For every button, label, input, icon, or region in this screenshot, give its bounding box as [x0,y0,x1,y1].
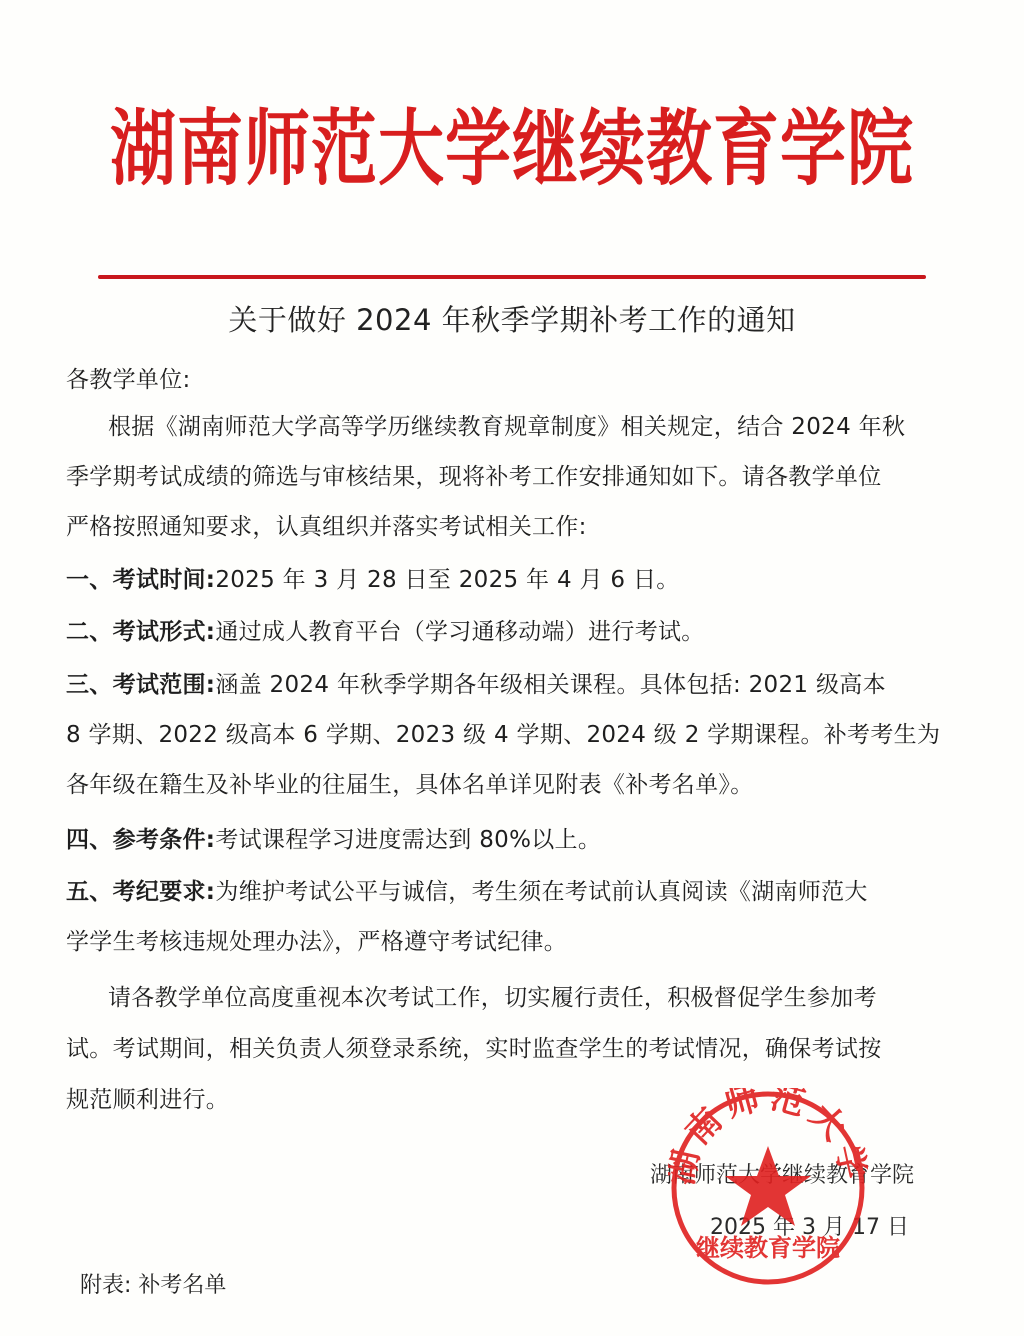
item-exam-scope: 三、考试范围:涵盖 2024 年秋季学期各年级相关课程。具体包括: 2021 级… [66,670,886,700]
item-discipline-line-2: 学学生考核违规处理办法》，严格遵守考试纪律。 [66,927,567,957]
item-text: 涵盖 2024 年秋季学期各年级相关课程。具体包括: 2021 级高本 [215,672,886,698]
intro-line-1: 根据《湖南师范大学高等学历继续教育规章制度》相关规定，结合 2024 年秋 [108,412,905,442]
intro-line-2: 季学期考试成绩的筛选与审核结果，现将补考工作安排通知如下。请各教学单位 [66,462,882,492]
item-text: 通过成人教育平台（学习通移动端）进行考试。 [215,619,704,645]
letterhead: 湖南师范大学继续教育学院 [0,82,1024,201]
item-label: 参考条件: [113,827,216,853]
item-text: 2025 年 3 月 28 日至 2025 年 4 月 6 日。 [215,567,679,593]
item-number: 五、 [66,879,113,905]
item-number: 一、 [66,567,113,593]
document-title: 关于做好 2024 年秋季学期补考工作的通知 [0,298,1024,339]
closing-line-3: 规范顺利进行。 [66,1085,229,1115]
item-eligibility: 四、参考条件:考试课程学习进度需达到 80%以上。 [66,825,601,855]
item-text: 为维护考试公平与诚信，考生须在考试前认真阅读《湖南师范大 [215,879,867,905]
item-discipline: 五、考纪要求:为维护考试公平与诚信，考生须在考试前认真阅读《湖南师范大 [66,877,868,907]
seal-bottom-text: 继续教育学院 [696,1234,840,1262]
item-exam-scope-line-3: 各年级在籍生及补毕业的往届生，具体名单详见附表《补考名单》。 [66,770,754,800]
attachment-note: 附表: 补考名单 [80,1268,226,1299]
official-seal-icon: 湖南师范大学 继续教育学院 [668,1088,868,1288]
red-divider [98,275,926,279]
item-exam-time: 一、考试时间:2025 年 3 月 28 日至 2025 年 4 月 6 日。 [66,565,680,595]
item-label: 考纪要求: [113,879,216,905]
closing-line-1: 请各教学单位高度重视本次考试工作，切实履行责任，积极督促学生参加考 [108,983,877,1013]
item-text: 考试课程学习进度需达到 80%以上。 [215,827,601,853]
item-number: 四、 [66,827,113,853]
closing-line-2: 试。考试期间，相关负责人须登录系统，实时监查学生的考试情况，确保考试按 [66,1034,882,1064]
notice-document: 湖南师范大学继续教育学院 关于做好 2024 年秋季学期补考工作的通知 各教学单… [0,0,1024,1336]
item-number: 三、 [66,672,113,698]
intro-line-3: 严格按照通知要求，认真组织并落实考试相关工作: [66,512,587,542]
item-exam-format: 二、考试形式:通过成人教育平台（学习通移动端）进行考试。 [66,617,705,647]
item-label: 考试形式: [113,619,216,645]
salutation: 各教学单位: [66,365,191,395]
item-label: 考试时间: [113,567,216,593]
item-number: 二、 [66,619,113,645]
item-exam-scope-line-2: 8 学期、2022 级高本 6 学期、2023 级 4 学期、2024 级 2 … [66,720,940,750]
item-label: 考试范围: [113,672,216,698]
